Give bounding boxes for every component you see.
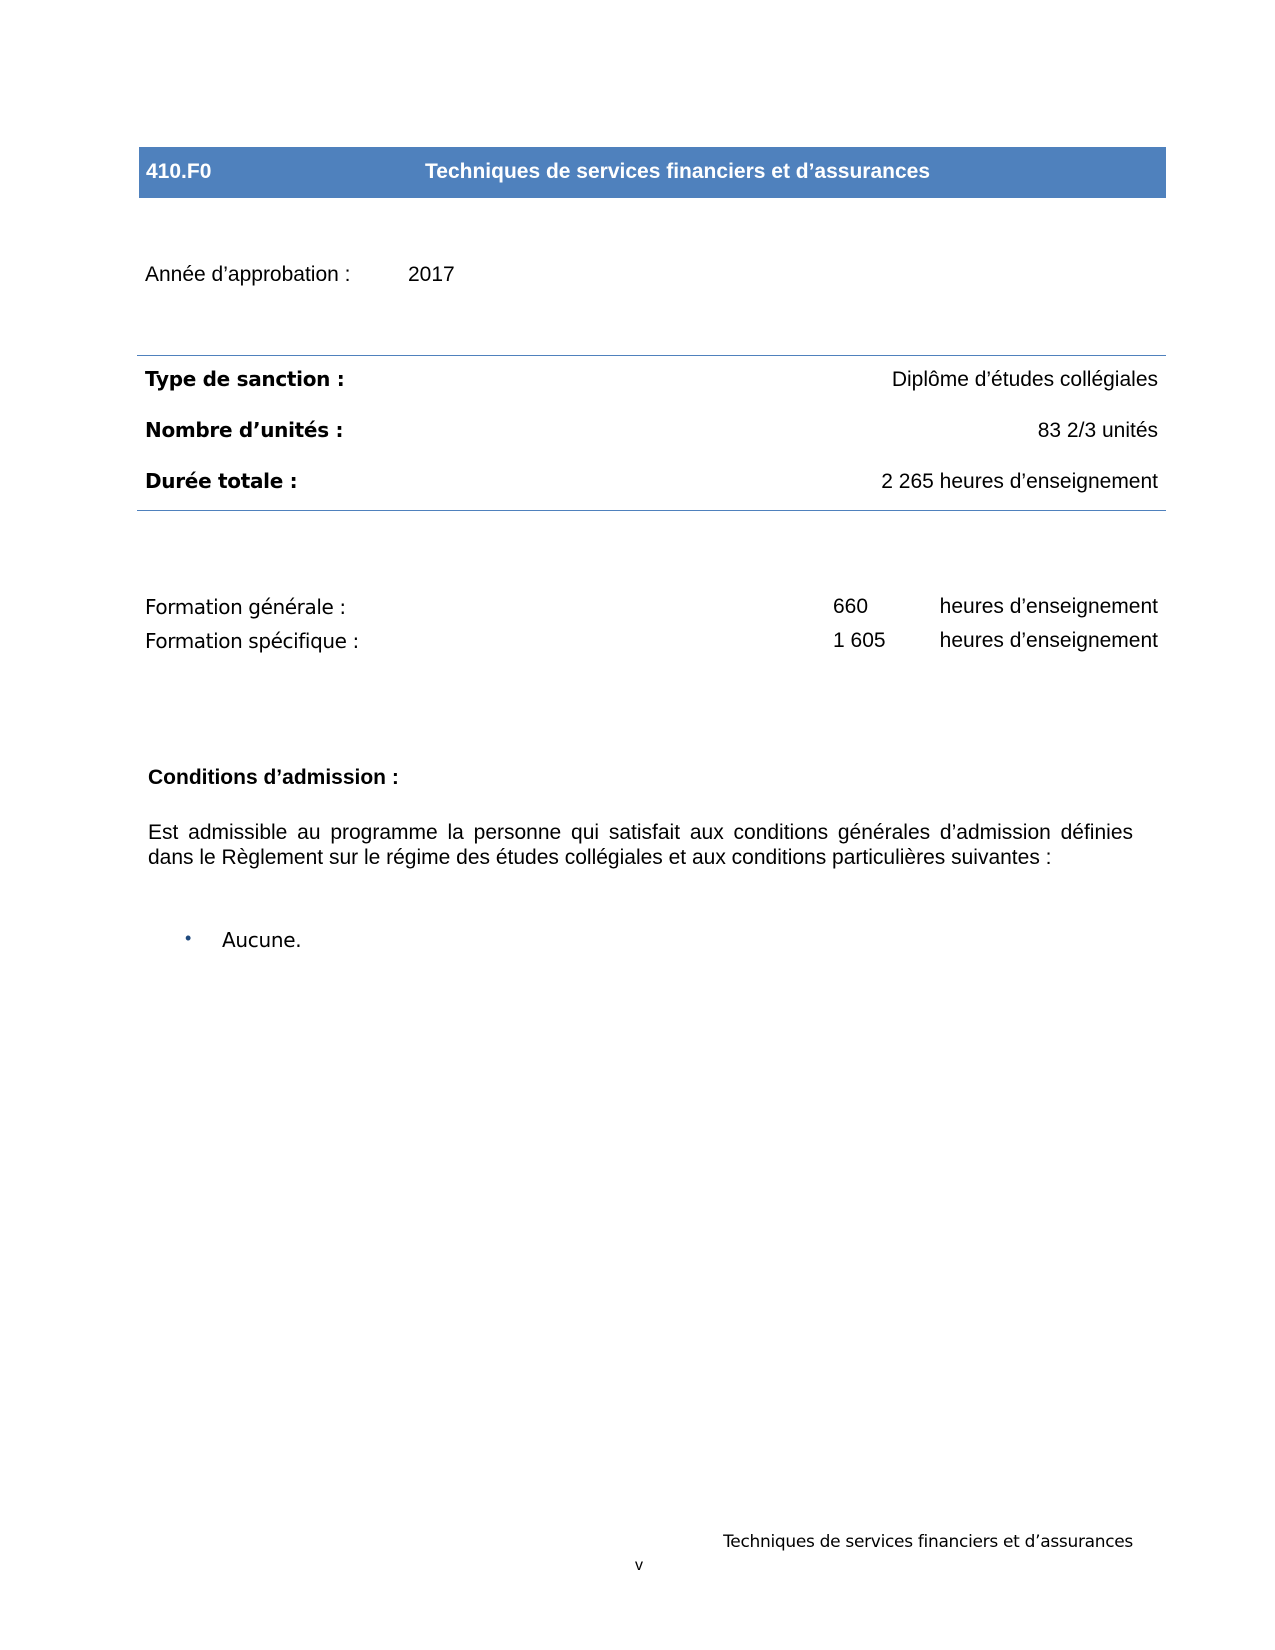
specific-training-label: Formation spécifique : [145, 629, 359, 653]
program-code: 410.F0 [146, 160, 211, 184]
page-number: v [635, 1557, 643, 1575]
total-duration-label: Durée totale : [145, 469, 297, 493]
general-training-label: Formation générale : [145, 595, 346, 619]
program-name: Techniques de services financiers et d’a… [425, 160, 930, 184]
approval-year-value: 2017 [408, 263, 455, 287]
approval-year-label: Année d’approbation : [145, 263, 351, 287]
general-training-hours: 660 [833, 595, 868, 619]
summary-bottom-rule [137, 510, 1166, 511]
admission-condition-item: Aucune. [222, 928, 301, 952]
bullet-icon: • [185, 928, 191, 949]
program-title-bar: 410.F0 Techniques de services financiers… [139, 147, 1166, 198]
footer-title: Techniques de services financiers et d’a… [723, 1532, 1133, 1552]
admission-paragraph: Est admissible au programme la personne … [148, 820, 1133, 870]
total-duration-value: 2 265 heures d’enseignement [881, 470, 1158, 494]
admission-heading: Conditions d’admission : [148, 766, 399, 790]
sanction-type-label: Type de sanction : [145, 367, 344, 391]
specific-training-hours: 1 605 [833, 629, 886, 653]
units-value: 83 2/3 unités [1038, 419, 1158, 443]
sanction-type-value: Diplôme d’études collégiales [892, 368, 1158, 392]
units-label: Nombre d’unités : [145, 418, 343, 442]
specific-training-unit: heures d’enseignement [940, 629, 1158, 653]
summary-top-rule [137, 355, 1166, 356]
general-training-unit: heures d’enseignement [940, 595, 1158, 619]
